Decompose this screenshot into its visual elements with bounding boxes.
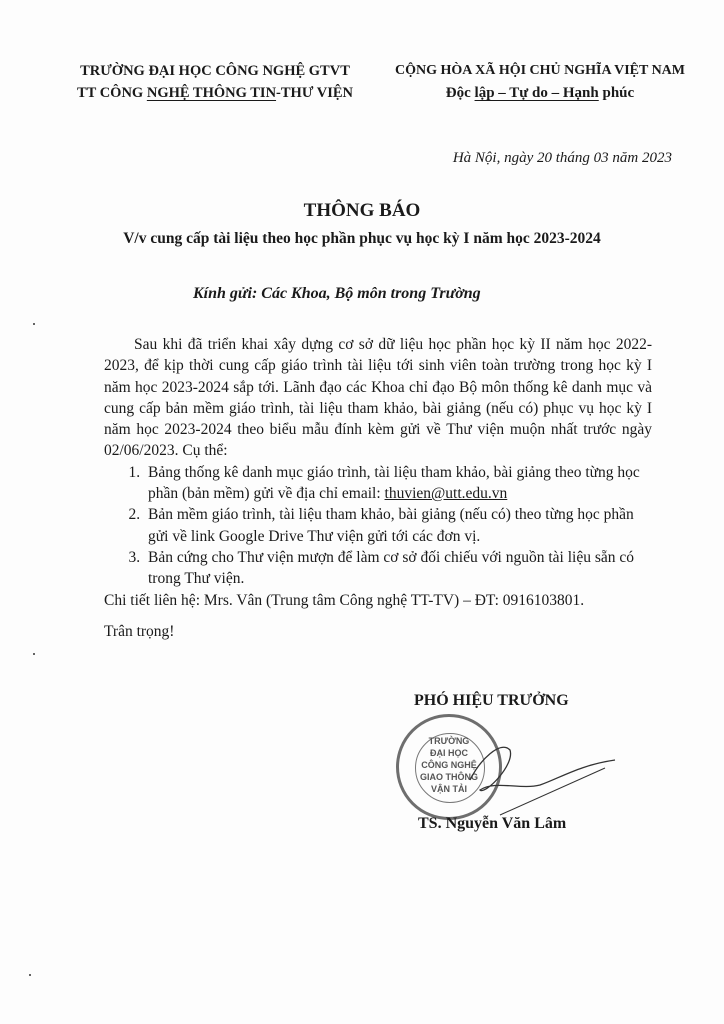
requirements-list: Bảng thống kê danh mục giáo trình, tài l… — [104, 462, 652, 590]
issuer-university: TRƯỜNG ĐẠI HỌC CÔNG NGHỆ GTVT — [55, 60, 375, 82]
contact-line: Chi tiết liên hệ: Mrs. Vân (Trung tâm Cô… — [104, 590, 652, 611]
closing-line: Trân trọng! — [104, 621, 652, 642]
list-item: Bản mềm giáo trình, tài liệu tham khảo, … — [144, 504, 652, 547]
document-title: THÔNG BÁO — [0, 200, 724, 222]
email-link[interactable]: thuvien@utt.edu.vn — [385, 485, 508, 502]
issuer-department: TT CÔNG NGHỆ THÔNG TIN-THƯ VIỆN — [55, 82, 375, 104]
signatory-title: PHÓ HIỆU TRƯỞNG — [414, 692, 569, 710]
signatory-name: TS. Nguyễn Văn Lâm — [418, 815, 566, 833]
national-title: CỘNG HÒA XÃ HỘI CHỦ NGHĨA VIỆT NAM — [385, 60, 695, 82]
national-header: CỘNG HÒA XÃ HỘI CHỦ NGHĨA VIỆT NAM Độc l… — [385, 60, 695, 104]
scan-speck — [29, 974, 31, 976]
handwritten-signature — [440, 720, 620, 830]
issuer-header: TRƯỜNG ĐẠI HỌC CÔNG NGHỆ GTVT TT CÔNG NG… — [55, 60, 375, 104]
document-body: Sau khi đã triển khai xây dựng cơ sở dữ … — [104, 334, 652, 642]
list-item: Bảng thống kê danh mục giáo trình, tài l… — [144, 462, 652, 505]
document-subject: V/v cung cấp tài liệu theo học phần phục… — [0, 230, 724, 248]
recipient-line: Kính gửi: Các Khoa, Bộ môn trong Trường — [193, 285, 481, 303]
list-item: Bản cứng cho Thư viện mượn để làm cơ sở … — [144, 547, 652, 590]
national-motto: Độc lập – Tự do – Hạnh phúc — [385, 82, 695, 104]
date-line: Hà Nội, ngày 20 tháng 03 năm 2023 — [453, 150, 672, 167]
scan-speck — [33, 323, 35, 325]
body-paragraph: Sau khi đã triển khai xây dựng cơ sở dữ … — [104, 334, 652, 462]
scan-speck — [33, 653, 35, 655]
